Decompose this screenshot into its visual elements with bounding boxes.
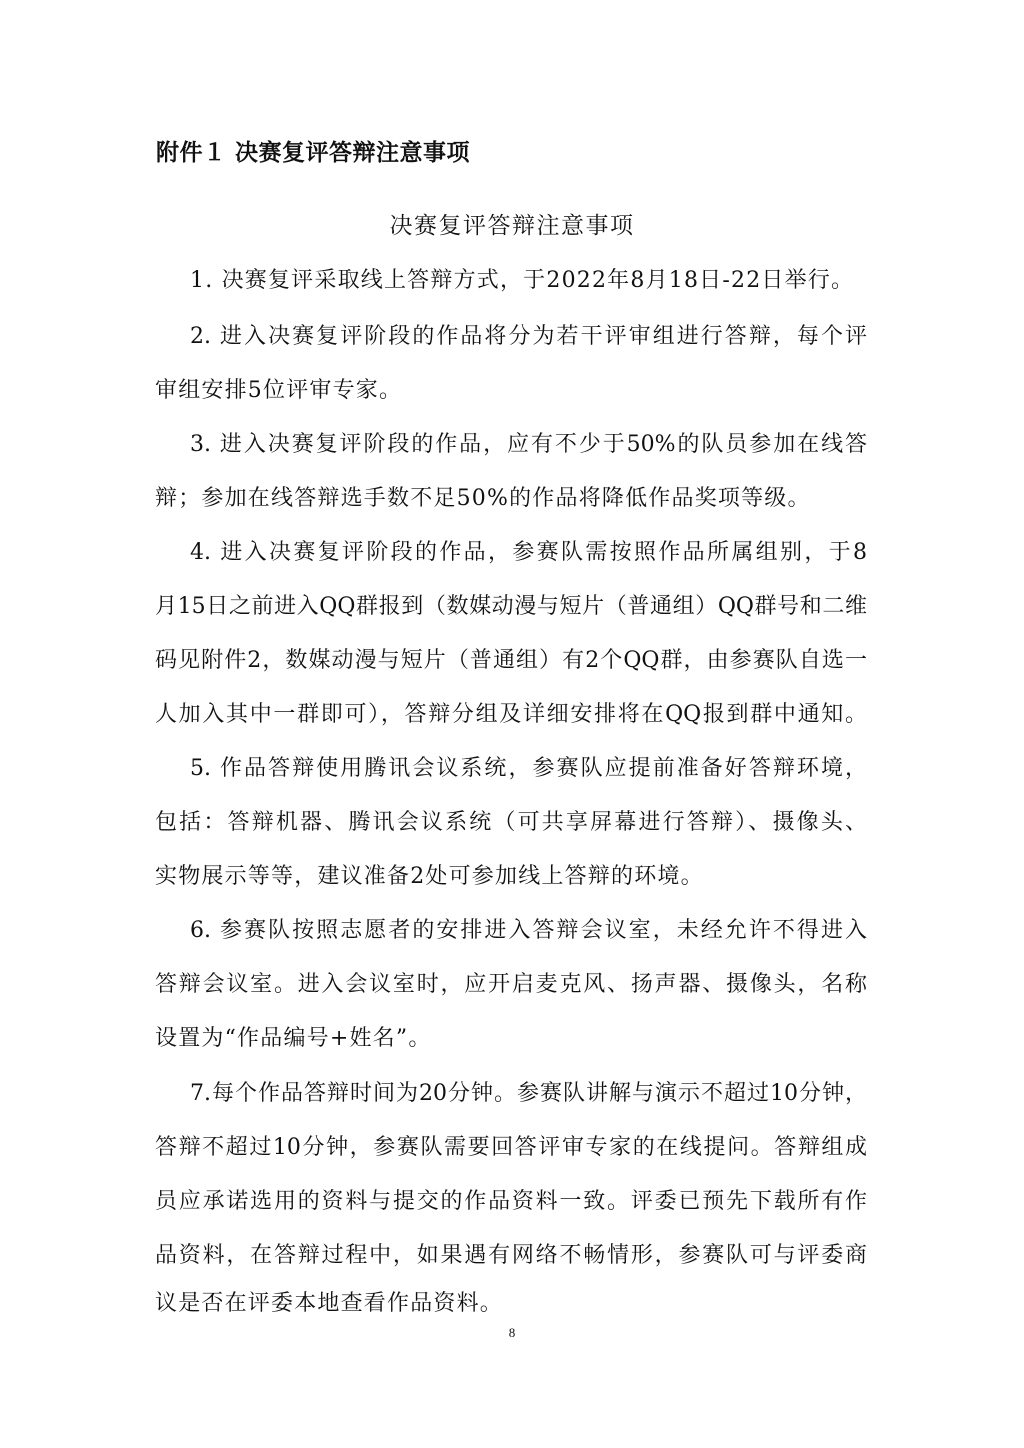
- attachment-heading: 附件１ 决赛复评答辩注意事项: [156, 138, 470, 168]
- paragraph-4-line-1: 4. 进入决赛复评阶段的作品，参赛队需按照作品所属组别，于8: [190, 538, 867, 568]
- paragraph-7-line-2: 答辩不超过10分钟，参赛队需要回答评审专家的在线提问。答辩组成: [155, 1133, 867, 1163]
- paragraph-7-line-4: 品资料，在答辩过程中，如果遇有网络不畅情形，参赛队可与评委商: [155, 1241, 867, 1271]
- paragraph-5-line-2: 包括：答辩机器、腾讯会议系统（可共享屏幕进行答辩）、摄像头、: [155, 808, 867, 838]
- paragraph-4-line-3: 码见附件2，数媒动漫与短片（普通组）有2个QQ群，由参赛队自选一: [155, 646, 867, 676]
- paragraph-6-line-1: 6. 参赛队按照志愿者的安排进入答辩会议室，未经允许不得进入: [190, 916, 867, 946]
- paragraph-1-line-1: 1. 决赛复评采取线上答辩方式，于2022年8月18日-22日举行。: [190, 266, 854, 296]
- paragraph-4-line-2: 月15日之前进入QQ群报到（数媒动漫与短片（普通组）QQ群号和二维: [155, 592, 867, 622]
- paragraph-5-line-1: 5. 作品答辩使用腾讯会议系统，参赛队应提前准备好答辩环境，: [190, 754, 867, 784]
- paragraph-2-line-1: 2. 进入决赛复评阶段的作品将分为若干评审组进行答辩，每个评: [190, 322, 867, 352]
- paragraph-4-line-4: 人加入其中一群即可），答辩分组及详细安排将在QQ报到群中通知。: [155, 700, 867, 730]
- paragraph-7-line-3: 员应承诺选用的资料与提交的作品资料一致。评委已预先下载所有作: [155, 1187, 867, 1217]
- paragraph-7-line-1: 7.每个作品答辩时间为20分钟。参赛队讲解与演示不超过10分钟，: [190, 1079, 867, 1109]
- document-page: 附件１ 决赛复评答辩注意事项 决赛复评答辩注意事项 1. 决赛复评采取线上答辩方…: [0, 0, 1024, 1448]
- paragraph-6-line-2: 答辩会议室。进入会议室时，应开启麦克风、扬声器、摄像头，名称: [155, 970, 867, 1000]
- paragraph-3-line-1: 3. 进入决赛复评阶段的作品，应有不少于50%的队员参加在线答: [190, 430, 867, 460]
- paragraph-5-line-3: 实物展示等等，建议准备2处可参加线上答辩的环境。: [155, 862, 704, 892]
- paragraph-6-line-3: 设置为“作品编号+姓名”。: [155, 1024, 432, 1054]
- paragraph-3-line-2: 辩；参加在线答辩选手数不足50%的作品将降低作品奖项等级。: [155, 484, 811, 514]
- page-number: 8: [0, 1325, 1024, 1341]
- document-title: 决赛复评答辩注意事项: [0, 211, 1024, 241]
- paragraph-2-line-2: 审组安排5位评审专家。: [155, 376, 402, 406]
- paragraph-7-line-5: 议是否在评委本地查看作品资料。: [155, 1289, 503, 1319]
